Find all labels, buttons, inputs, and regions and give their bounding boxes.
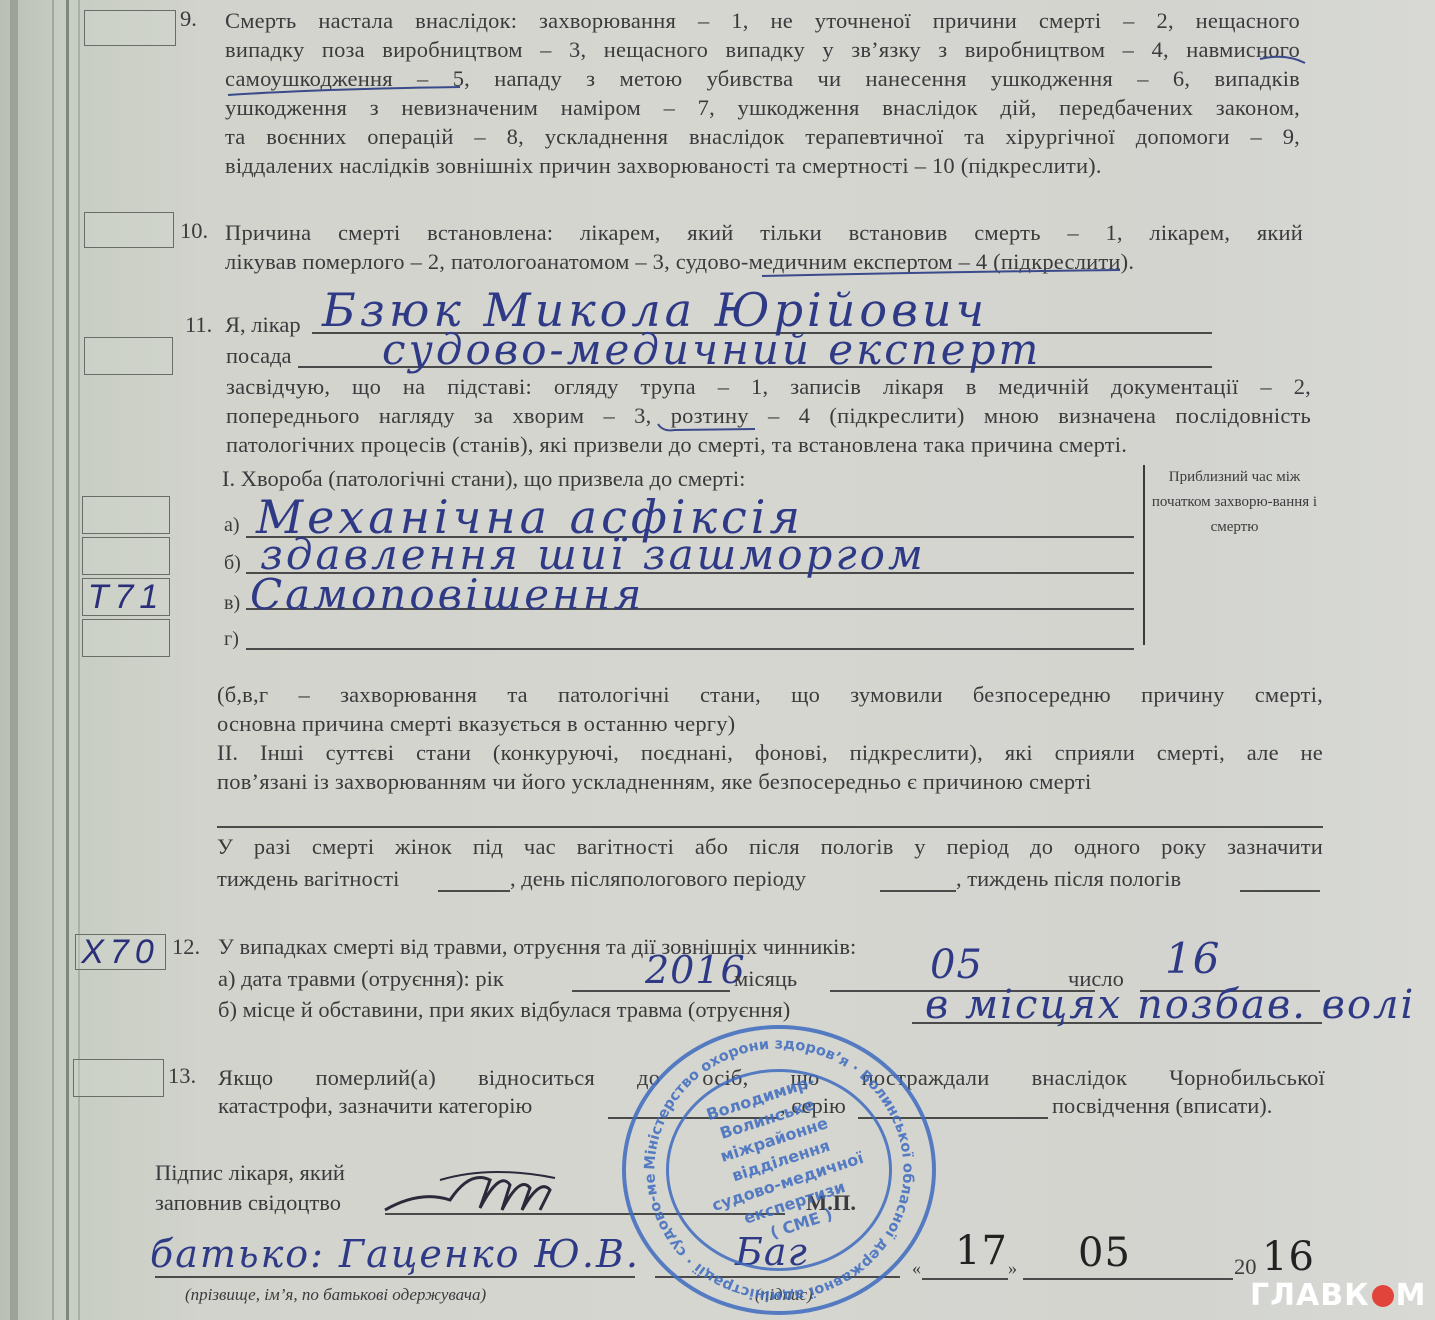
date-day-handwritten[interactable]: 17 <box>955 1228 1008 1274</box>
cause-g-line[interactable] <box>246 648 1134 650</box>
pregnancy-week-line[interactable] <box>438 890 510 892</box>
section-ii-line[interactable] <box>217 826 1323 828</box>
code-box-cause-a <box>82 496 170 534</box>
glavcom-watermark-logo: ГЛАВК М <box>1250 1278 1427 1313</box>
recipient-name-line[interactable] <box>155 1276 635 1278</box>
position-handwritten[interactable]: судово-медичний експерт <box>382 325 1041 374</box>
chernobyl-certificate-label: посвідчення (вписати). <box>1052 1093 1272 1119</box>
position-label: посада <box>226 343 292 369</box>
cause-a-letter: а) <box>224 514 240 537</box>
watermark-text-left: ГЛАВК <box>1250 1278 1370 1313</box>
cause-v-handwritten[interactable]: Самоповішення <box>250 570 644 619</box>
item-10-number: 10. <box>180 218 208 244</box>
date-month-handwritten[interactable]: 05 <box>1078 1230 1131 1276</box>
doctor-signature-label-1: Підпис лікаря, який <box>155 1160 345 1186</box>
chernobyl-category-label: катастрофи, зазначити категорію <box>218 1093 532 1119</box>
item-12-number: 12. <box>172 934 200 960</box>
code-box-item-12: X70 <box>75 934 166 970</box>
watermark-dot-icon <box>1372 1285 1394 1307</box>
code-box-cause-b <box>82 537 170 575</box>
pregnancy-line-1: У разі смерті жінок під час вагітності а… <box>217 832 1323 861</box>
item-11-basis-text: засвідчую, що на підставі: огляду трупа … <box>226 372 1311 459</box>
injury-place-label: б) місце й обставини, при яких відбулася… <box>218 997 790 1023</box>
injury-day-handwritten[interactable]: 16 <box>1165 934 1220 983</box>
official-stamp: Міністерство охорони здоров’я · Волинськ… <box>622 1025 936 1315</box>
item-9-line-1: Смерть настала внаслідок: захворювання –… <box>225 6 1300 35</box>
watermark-text-right: М <box>1396 1278 1427 1313</box>
date-year-prefix: 20 <box>1234 1254 1257 1280</box>
margin-binding-lines <box>0 0 230 1320</box>
section-ii-line-2: пов’язані із захворюванням чи його ускла… <box>217 767 1323 796</box>
pregnancy-week-label: тиждень вагітності <box>217 866 399 892</box>
cause-g-letter: г) <box>224 628 239 651</box>
onset-interval-note: Приблизний час між початком захворю-ванн… <box>1143 465 1318 645</box>
doctor-label: Я, лікар <box>225 312 301 338</box>
causes-note: (б,в,г – захворювання та патологічні ста… <box>217 680 1323 796</box>
item-10-line-1: Причина смерті встановлена: лікарем, яки… <box>225 218 1303 247</box>
postpartum-day-label: , день післяпологового періоду <box>510 866 806 892</box>
item-11-line-1: засвідчую, що на підставі: огляду трупа … <box>226 372 1311 401</box>
document-paper: T71 X70 9. Смерть настала внаслідок: зах… <box>0 0 1435 1320</box>
code-box-cause-v: T71 <box>82 578 170 616</box>
doctor-signature-scribble <box>380 1160 580 1220</box>
underline-option-4-mark <box>760 268 1130 280</box>
item-13-number: 13. <box>168 1063 196 1089</box>
item-9-line-6: віддалених наслідків зовнішніх причин за… <box>225 151 1300 180</box>
code-box-item-11 <box>84 337 173 375</box>
code-box-item-9 <box>84 10 176 46</box>
item-9-line-5: та воєнних операцій – 8, ускладнення вна… <box>225 122 1300 151</box>
pregnancy-text: У разі смерті жінок під час вагітності а… <box>217 832 1323 861</box>
cause-b-letter: б) <box>224 552 241 575</box>
item-11-line-3: патологічних процесів (станів), які приз… <box>226 430 1311 459</box>
item-9-number: 9. <box>180 6 197 32</box>
injury-year-handwritten[interactable]: 2016 <box>645 948 746 992</box>
code-box-item-10 <box>84 212 174 248</box>
cause-v-letter: в) <box>224 592 240 615</box>
item-12-title: У випадках смерті від травми, отруєння т… <box>218 934 856 960</box>
injury-place-handwritten[interactable]: в місцях позбав. волі <box>925 982 1415 1028</box>
injury-date-label: а) дата травми (отруєння): рік <box>218 966 504 992</box>
postpartum-week-line[interactable] <box>1240 890 1320 892</box>
recipient-caption: (прізвище, ім’я, по батькові одержувача) <box>185 1285 486 1305</box>
item-11-number: 11. <box>185 312 212 338</box>
causes-note-line-1: (б,в,г – захворювання та патологічні ста… <box>217 680 1323 709</box>
code-box-item-13 <box>73 1059 164 1097</box>
date-day-line[interactable] <box>922 1278 1008 1280</box>
section-i-title: I. Хвороба (патологічні стани), що призв… <box>222 466 745 492</box>
recipient-name-handwritten[interactable]: батько: Гаценко Ю.В. <box>150 1232 640 1276</box>
item-11-line-2: попереднього нагляду за хворим – 3, розт… <box>226 401 1311 430</box>
underline-option-5-mark <box>200 55 1310 105</box>
section-ii-line-1: II. Інші суттєві стани (конкуруючі, поєд… <box>217 738 1323 767</box>
date-quote-close: » <box>1008 1258 1017 1279</box>
date-year-suffix-handwritten[interactable]: 16 <box>1262 1234 1315 1280</box>
date-month-line[interactable] <box>1023 1278 1233 1280</box>
postpartum-day-line[interactable] <box>880 890 956 892</box>
doctor-signature-label-2: заповнив свідоцтво <box>155 1190 341 1216</box>
injury-month-label: місяць <box>734 966 797 992</box>
postpartum-week-label: , тиждень після пологів <box>956 866 1181 892</box>
code-box-cause-g <box>82 619 170 657</box>
causes-note-line-2: основна причина смерті вказується в оста… <box>217 709 1323 738</box>
underline-autopsy-mark <box>655 420 765 434</box>
